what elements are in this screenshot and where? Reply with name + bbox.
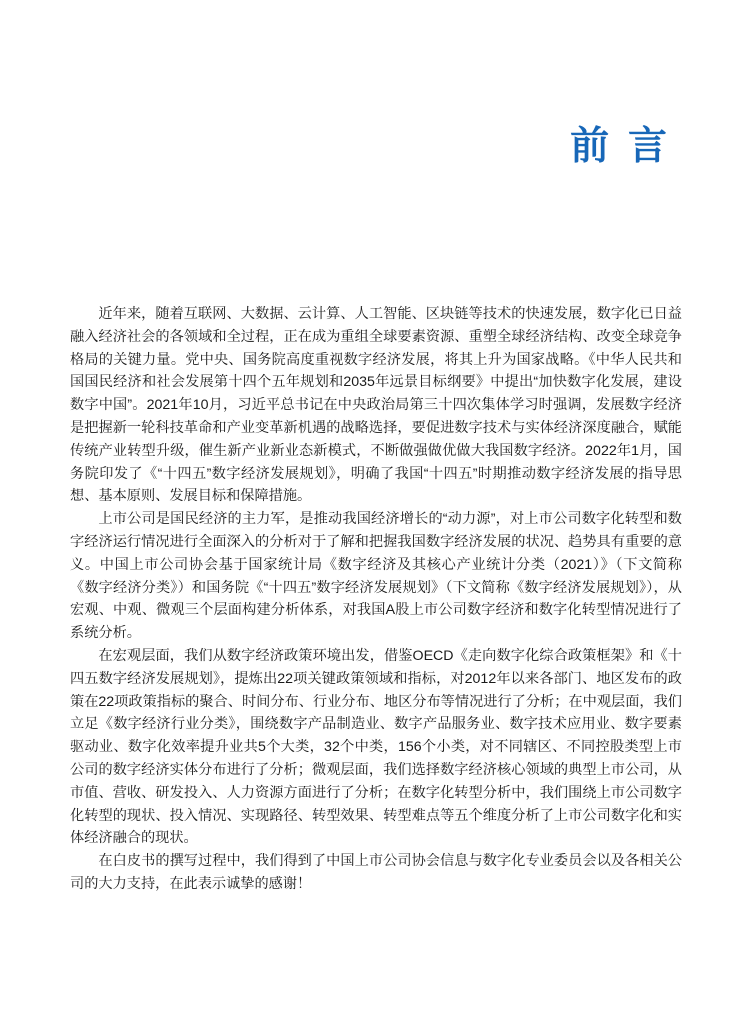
preface-page: 前 言 近年来，随着互联网、大数据、云计算、人工智能、区块链等技术的快速发展，数… [0,0,755,1024]
preface-body: 近年来，随着互联网、大数据、云计算、人工智能、区块链等技术的快速发展，数字化已日… [70,303,682,896]
preface-paragraph-3: 在宏观层面，我们从数字经济政策环境出发，借鉴OECD《走向数字化综合政策框架》和… [70,645,682,850]
preface-paragraph-2: 上市公司是国民经济的主力军，是推动我国经济增长的“动力源”，对上市公司数字化转型… [70,508,682,645]
preface-paragraph-1: 近年来，随着互联网、大数据、云计算、人工智能、区块链等技术的快速发展，数字化已日… [70,303,682,508]
page-title: 前 言 [570,124,668,171]
preface-paragraph-4: 在白皮书的撰写过程中，我们得到了中国上市公司协会信息与数字化专业委员会以及各相关… [70,850,682,896]
